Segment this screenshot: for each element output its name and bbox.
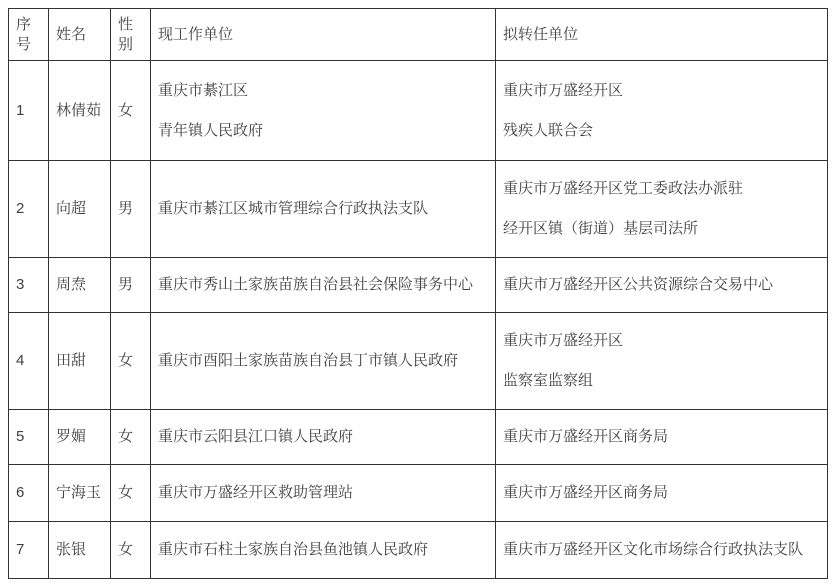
cell-current-unit: 重庆市秀山土家族苗族自治县社会保险事务中心: [151, 258, 496, 313]
table-row: 2 向超 男 重庆市綦江区城市管理综合行政执法支队 重庆市万盛经开区党工委政法办…: [9, 161, 828, 258]
cell-gender: 男: [111, 258, 151, 313]
table-row: 3 周焘 男 重庆市秀山土家族苗族自治县社会保险事务中心 重庆市万盛经开区公共资…: [9, 258, 828, 313]
table-body: 1 林倩茹 女 重庆市綦江区 青年镇人民政府 重庆市万盛经开区 残疾人联合会 2…: [9, 61, 828, 579]
cell-proposed-unit: 重庆市万盛经开区 残疾人联合会: [496, 61, 828, 161]
page: 序号 姓名 性别 现工作单位 拟转任单位 1 林倩茹 女 重庆市綦江区 青年镇人…: [0, 0, 833, 585]
cell-index: 6: [9, 465, 49, 522]
table-row: 4 田甜 女 重庆市酉阳土家族苗族自治县丁市镇人民政府 重庆市万盛经开区 监察室…: [9, 313, 828, 410]
cell-name: 宁海玉: [49, 465, 111, 522]
column-header-name: 姓名: [49, 9, 111, 61]
cell-index: 5: [9, 410, 49, 465]
cell-gender: 女: [111, 61, 151, 161]
cell-current-unit: 重庆市万盛经开区救助管理站: [151, 465, 496, 522]
header-row: 序号 姓名 性别 现工作单位 拟转任单位: [9, 9, 828, 61]
cell-gender: 女: [111, 465, 151, 522]
cell-current-unit: 重庆市酉阳土家族苗族自治县丁市镇人民政府: [151, 313, 496, 410]
cell-name: 张银: [49, 522, 111, 579]
cell-index: 3: [9, 258, 49, 313]
table-row: 5 罗媚 女 重庆市云阳县江口镇人民政府 重庆市万盛经开区商务局: [9, 410, 828, 465]
table-row: 6 宁海玉 女 重庆市万盛经开区救助管理站 重庆市万盛经开区商务局: [9, 465, 828, 522]
cell-proposed-unit: 重庆市万盛经开区 监察室监察组: [496, 313, 828, 410]
cell-current-unit: 重庆市綦江区 青年镇人民政府: [151, 61, 496, 161]
cell-proposed-unit: 重庆市万盛经开区公共资源综合交易中心: [496, 258, 828, 313]
cell-name: 罗媚: [49, 410, 111, 465]
cell-index: 7: [9, 522, 49, 579]
table-header: 序号 姓名 性别 现工作单位 拟转任单位: [9, 9, 828, 61]
column-header-current-unit: 现工作单位: [151, 9, 496, 61]
cell-proposed-unit: 重庆市万盛经开区党工委政法办派驻 经开区镇（街道）基层司法所: [496, 161, 828, 258]
cell-proposed-unit: 重庆市万盛经开区商务局: [496, 410, 828, 465]
table-row: 7 张银 女 重庆市石柱土家族自治县鱼池镇人民政府 重庆市万盛经开区文化市场综合…: [9, 522, 828, 579]
cell-name: 向超: [49, 161, 111, 258]
column-header-proposed-unit: 拟转任单位: [496, 9, 828, 61]
cell-proposed-unit: 重庆市万盛经开区商务局: [496, 465, 828, 522]
cell-current-unit: 重庆市云阳县江口镇人民政府: [151, 410, 496, 465]
cell-name: 田甜: [49, 313, 111, 410]
cell-gender: 女: [111, 522, 151, 579]
cell-index: 4: [9, 313, 49, 410]
cell-proposed-unit: 重庆市万盛经开区文化市场综合行政执法支队: [496, 522, 828, 579]
cell-name: 林倩茹: [49, 61, 111, 161]
cell-gender: 男: [111, 161, 151, 258]
column-header-gender: 性别: [111, 9, 151, 61]
cell-current-unit: 重庆市綦江区城市管理综合行政执法支队: [151, 161, 496, 258]
cell-index: 1: [9, 61, 49, 161]
column-header-index: 序号: [9, 9, 49, 61]
personnel-transfer-table: 序号 姓名 性别 现工作单位 拟转任单位 1 林倩茹 女 重庆市綦江区 青年镇人…: [8, 8, 828, 579]
cell-gender: 女: [111, 313, 151, 410]
cell-current-unit: 重庆市石柱土家族自治县鱼池镇人民政府: [151, 522, 496, 579]
cell-gender: 女: [111, 410, 151, 465]
table-row: 1 林倩茹 女 重庆市綦江区 青年镇人民政府 重庆市万盛经开区 残疾人联合会: [9, 61, 828, 161]
cell-name: 周焘: [49, 258, 111, 313]
cell-index: 2: [9, 161, 49, 258]
